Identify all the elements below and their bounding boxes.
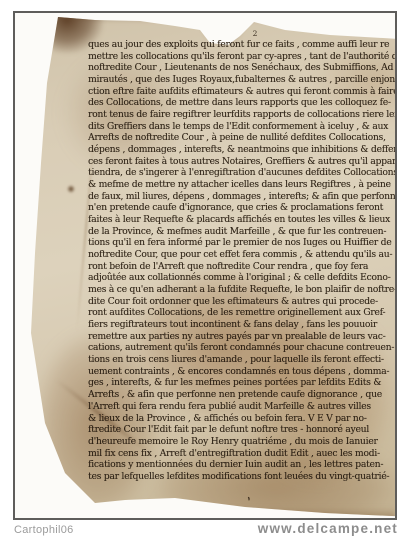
text-line: uement contraints , & encores condamnés … (88, 366, 395, 378)
text-line: Arrefts , & afin que perfonne nen preten… (88, 389, 395, 401)
text-line: n'en pretende caufe d'ignorance, que cri… (88, 202, 395, 214)
text-line: tions en trois cens liures d'amande , po… (88, 354, 395, 366)
text-line: tes par lefquelles lefdites modification… (88, 471, 395, 483)
text-line: & lieux de la Province , & affichés ou b… (88, 413, 395, 425)
text-line: mirautés , que des Iuges Royaux,fubalter… (88, 74, 395, 86)
text-line: Arrefts de noftredite Cour , à peine de … (88, 132, 395, 144)
photo-background: 2 ques au jour des exploits qui feront f… (15, 13, 395, 518)
text-line: dépens , dommages , interefts, & neantmo… (88, 144, 395, 156)
text-line: adjoûtée aux collationnés comme à l'orig… (88, 272, 395, 284)
text-line: cations, autrement qu'ils feront condamn… (88, 342, 395, 354)
text-line: faites à leur Requefte & placards affich… (88, 214, 395, 226)
text-line: fications y mentionnées du dernier Iuin … (88, 459, 395, 471)
text-line: ces feront faites à tous autres Notaires… (88, 156, 395, 168)
text-line: d'heureufe memoire le Roy Henry quatriém… (88, 436, 395, 448)
text-line: des Collocations, de mettre dans leurs r… (88, 97, 395, 109)
text-line: ges , interefts, & fur les mefmes peines… (88, 377, 395, 389)
text-line: noftredite Cour, que pour cet effet fera… (88, 249, 395, 261)
printed-text-layer: 2 ques au jour des exploits qui feront f… (15, 13, 395, 518)
text-line: fiers regiftrateurs tout incontinent & f… (88, 319, 395, 331)
text-line: dite Cour foit ordonner que les eftimate… (88, 296, 395, 308)
text-line: dits Greffiers dans le temps de l'Edit c… (88, 121, 395, 133)
text-line: mettre les collocations qu'ils feront pa… (88, 51, 395, 63)
printer-mark: , (243, 491, 252, 502)
text-line: de faux, mil liures, dépens , dommages ,… (88, 191, 395, 203)
photo-frame: 2 ques au jour des exploits qui feront f… (13, 11, 397, 520)
text-line: mil fix cens fix , Arreft d'entregiftrat… (88, 448, 395, 460)
text-line: ront aufdites Collocations, de les remet… (88, 307, 395, 319)
text-line: mes à ce qu'en adherant a la fufdite Req… (88, 284, 395, 296)
text-line: remettre aux parties ny autres payés par… (88, 331, 395, 343)
text-line: ront tenus de faire regiftrer leurfdits … (88, 109, 395, 121)
text-line: l'Arreft qui fera rendu fera publié audi… (88, 401, 395, 413)
text-line: & mefme de mettre ny attacher icelles da… (88, 179, 395, 191)
page-number: 2 (243, 29, 267, 38)
watermark-site: www.delcampe.net (258, 521, 398, 536)
text-line: de la Province, & mefmes audit Marfeille… (88, 226, 395, 238)
text-line: tiendra, de s'ingerer à l'enregiftration… (88, 167, 395, 179)
watermark-seller: Cartophil06 (14, 524, 74, 536)
text-line: ques au jour des exploits qui feront fur… (88, 39, 395, 51)
document-text: ques au jour des exploits qui feront fur… (88, 39, 395, 483)
text-line: ction eftre faite aufdits eftimateurs & … (88, 86, 395, 98)
text-line: ront befoin de l'Arreft que noftredite C… (88, 261, 395, 273)
text-line: noftredite Cour , Lieutenants de nos Sen… (88, 62, 395, 74)
text-line: ftredite Cour l'Edit fait par le defunt … (88, 424, 395, 436)
text-line: tions qu'il en fera informé par le premi… (88, 237, 395, 249)
